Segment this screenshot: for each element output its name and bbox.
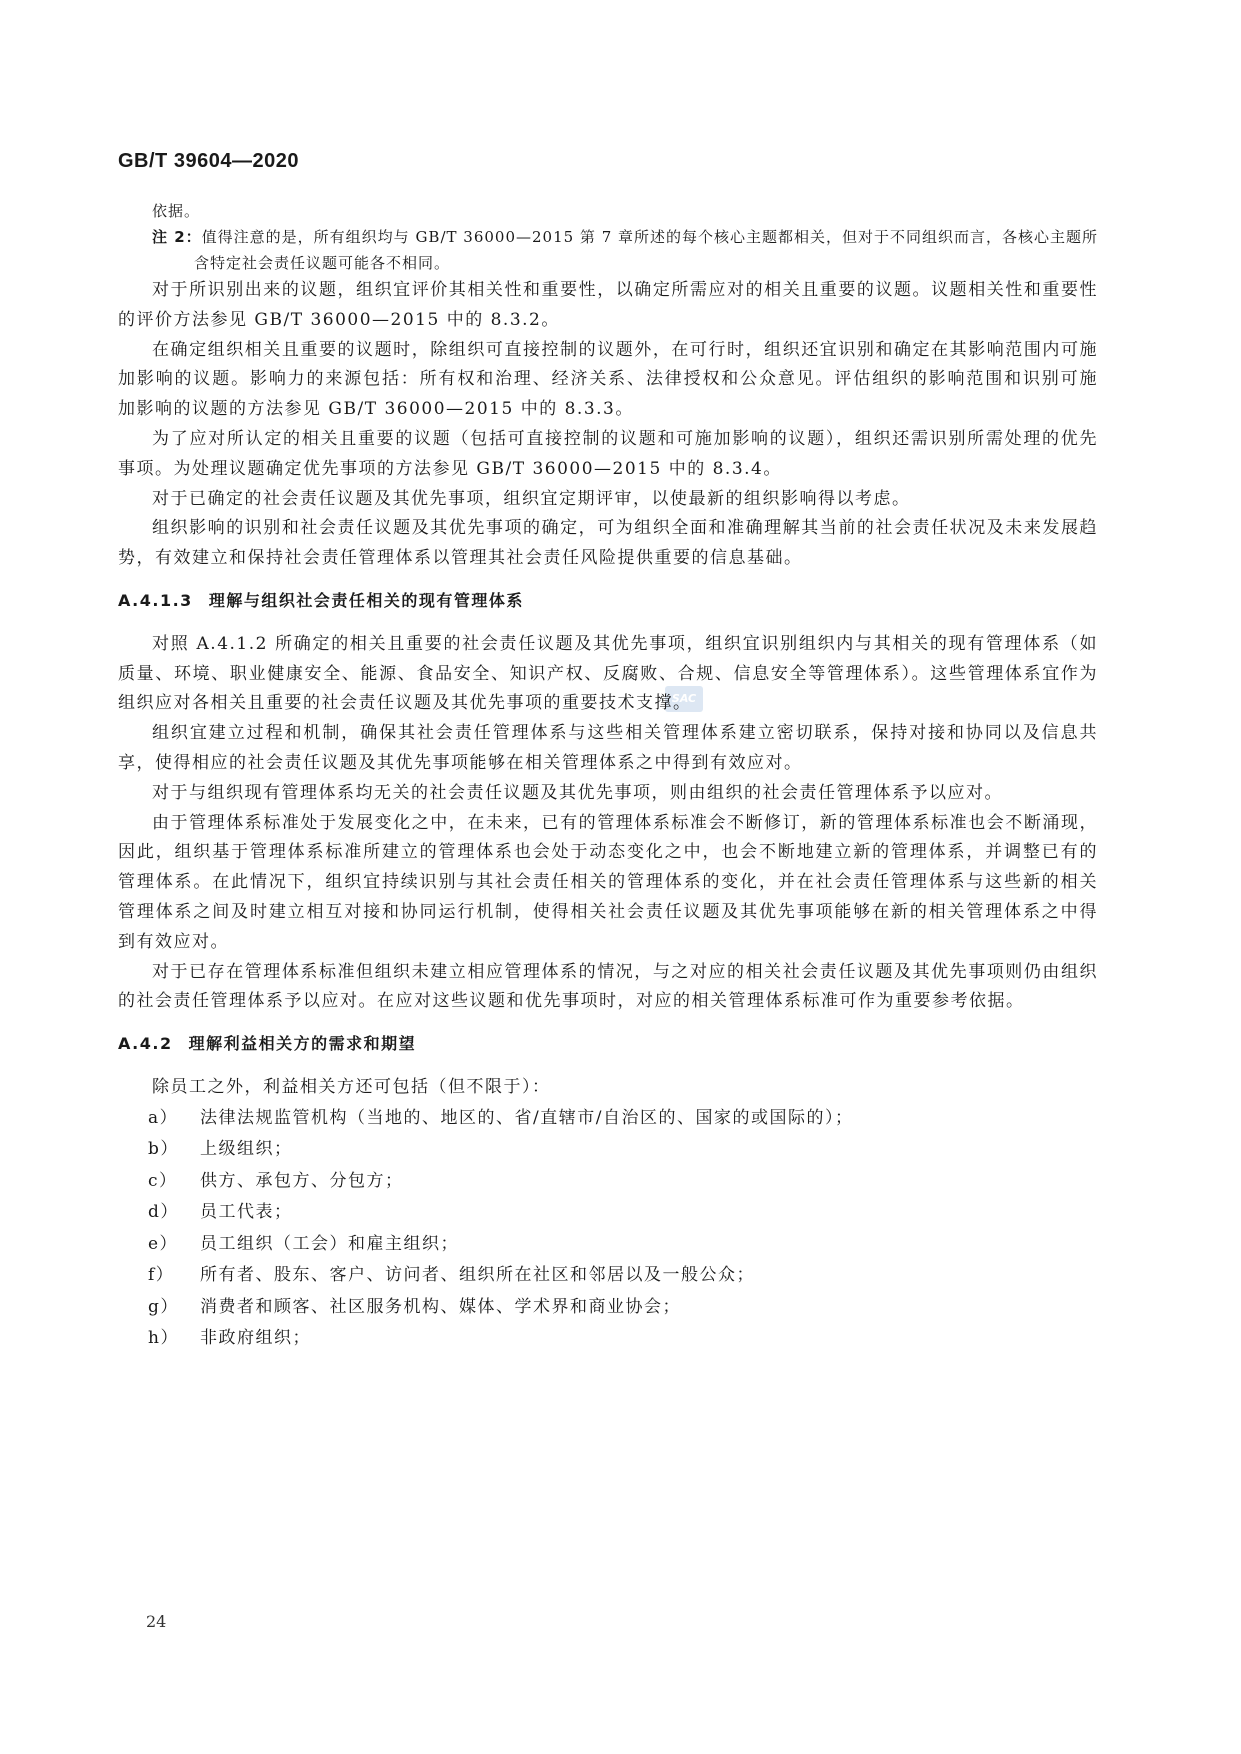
list-marker: b） <box>118 1134 200 1166</box>
paragraph: 对照 A.4.1.2 所确定的相关且重要的社会责任议题及其优先事项，组织宜识别组… <box>118 630 1098 719</box>
stakeholder-list: a）法律法规监管机构（当地的、地区的、省/直辖市/自治区的、国家的或国际的）； … <box>118 1103 1098 1355</box>
list-item-text: 上级组织； <box>200 1134 293 1166</box>
list-item-text: 法律法规监管机构（当地的、地区的、省/直辖市/自治区的、国家的或国际的）； <box>200 1103 853 1135</box>
list-item-text: 消费者和顾客、社区服务机构、媒体、学术界和商业协会； <box>200 1292 681 1324</box>
paragraph: 由于管理体系标准处于发展变化之中，在未来，已有的管理体系标准会不断修订，新的管理… <box>118 809 1098 958</box>
list-item-text: 员工组织（工会）和雇主组织； <box>200 1229 459 1261</box>
paragraph: 对于已存在管理体系标准但组织未建立相应管理体系的情况，与之对应的相关社会责任议题… <box>118 958 1098 1018</box>
note-text: 值得注意的是，所有组织均与 GB/T 36000—2015 第 7 章所述的每个… <box>194 228 1098 272</box>
list-marker: g） <box>118 1292 200 1324</box>
section-title: 理解与组织社会责任相关的现有管理体系 <box>209 591 524 610</box>
paragraph: 对于与组织现有管理体系均无关的社会责任议题及其优先事项，则由组织的社会责任管理体… <box>118 779 1098 809</box>
section-heading-a42: A.4.2理解利益相关方的需求和期望 <box>118 1029 1098 1059</box>
intro-continuation: 依据。 <box>118 198 1098 224</box>
paragraph: 在确定组织相关且重要的议题时，除组织可直接控制的议题外，在可行时，组织还宜识别和… <box>118 336 1098 425</box>
list-item-text: 供方、承包方、分包方； <box>200 1166 404 1198</box>
paragraph: 对于已确定的社会责任议题及其优先事项，组织宜定期评审，以使最新的组织影响得以考虑… <box>118 485 1098 515</box>
note-2: 注 2：值得注意的是，所有组织均与 GB/T 36000—2015 第 7 章所… <box>118 224 1098 276</box>
section-heading-a413: A.4.1.3理解与组织社会责任相关的现有管理体系 <box>118 586 1098 616</box>
list-item: f）所有者、股东、客户、访问者、组织所在社区和邻居以及一般公众； <box>118 1260 1098 1292</box>
standard-id-header: GB/T 39604—2020 <box>118 150 299 173</box>
paragraph: 为了应对所认定的相关且重要的议题（包括可直接控制的议题和可施加影响的议题），组织… <box>118 425 1098 485</box>
list-intro: 除员工之外，利益相关方还可包括（但不限于）： <box>118 1073 1098 1103</box>
list-marker: h） <box>118 1323 200 1355</box>
note-label: 注 2： <box>152 228 202 246</box>
paragraph: 组织影响的识别和社会责任议题及其优先事项的确定，可为组织全面和准确理解其当前的社… <box>118 514 1098 574</box>
list-item: g）消费者和顾客、社区服务机构、媒体、学术界和商业协会； <box>118 1292 1098 1324</box>
list-item-text: 非政府组织； <box>200 1323 311 1355</box>
paragraph: 对于所识别出来的议题，组织宜评价其相关性和重要性，以确定所需应对的相关且重要的议… <box>118 276 1098 336</box>
list-item: b）上级组织； <box>118 1134 1098 1166</box>
list-item-text: 所有者、股东、客户、访问者、组织所在社区和邻居以及一般公众； <box>200 1260 755 1292</box>
list-marker: e） <box>118 1229 200 1261</box>
list-item: c）供方、承包方、分包方； <box>118 1166 1098 1198</box>
document-body: 依据。 注 2：值得注意的是，所有组织均与 GB/T 36000—2015 第 … <box>118 198 1098 1355</box>
list-marker: f） <box>118 1260 200 1292</box>
list-item: h）非政府组织； <box>118 1323 1098 1355</box>
list-item: e）员工组织（工会）和雇主组织； <box>118 1229 1098 1261</box>
list-item-text: 员工代表； <box>200 1197 293 1229</box>
paragraph: 组织宜建立过程和机制，确保其社会责任管理体系与这些相关管理体系建立密切联系，保持… <box>118 719 1098 779</box>
section-title: 理解利益相关方的需求和期望 <box>189 1034 417 1053</box>
section-number: A.4.2 <box>118 1034 173 1053</box>
list-item: d）员工代表； <box>118 1197 1098 1229</box>
list-marker: a） <box>118 1103 200 1135</box>
page-number: 24 <box>146 1612 166 1631</box>
list-marker: d） <box>118 1197 200 1229</box>
list-item: a）法律法规监管机构（当地的、地区的、省/直辖市/自治区的、国家的或国际的）； <box>118 1103 1098 1135</box>
list-marker: c） <box>118 1166 200 1198</box>
section-number: A.4.1.3 <box>118 591 193 610</box>
